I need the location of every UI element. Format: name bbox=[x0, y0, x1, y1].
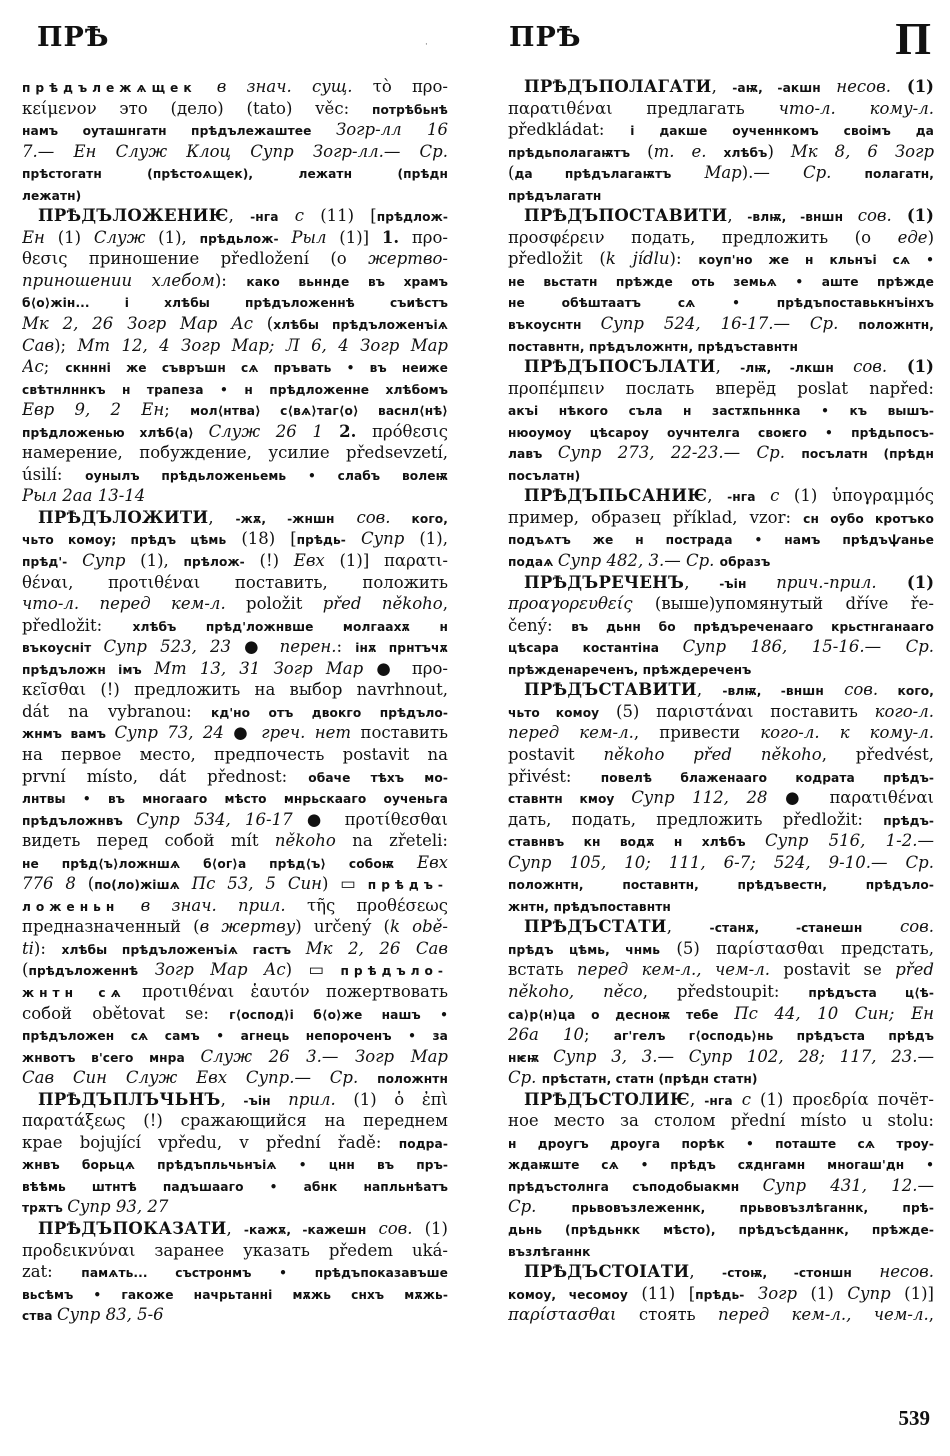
plain-text: ● bbox=[231, 637, 280, 656]
plain-text: встать bbox=[508, 960, 577, 979]
text-line: προπέμπειν послать вперёд poslat napřed: bbox=[508, 378, 934, 400]
plain-text: , привести bbox=[634, 723, 760, 742]
italic-text: Супр 431, 12.— bbox=[763, 1176, 934, 1195]
plain-text: ): bbox=[34, 939, 62, 958]
italic-text: Супр 516, 1-2.— bbox=[765, 831, 934, 850]
text-line: прѣдълежѧщек в знач. сущ. τὸ προ- bbox=[22, 76, 448, 98]
church-slavonic-text: лежатн) bbox=[22, 189, 81, 203]
church-slavonic-text: -ъін bbox=[243, 1094, 270, 1108]
church-slavonic-text: ства bbox=[22, 1309, 57, 1323]
church-slavonic-text: хлѣбы прѣдъложенъіѧ гастъ bbox=[61, 943, 305, 957]
text-line: прѣдъложн імъ Мт 13, 31 Зогр Мар ● προ- bbox=[22, 658, 448, 680]
church-slavonic-text: по(ло)жішѧ bbox=[94, 878, 180, 892]
text-line: дать, подать, предложить předložit: прѣд… bbox=[508, 809, 934, 831]
spaced-derivative: прѣдълежѧщек bbox=[22, 81, 197, 95]
plain-text: ): bbox=[670, 249, 699, 268]
italic-text: Рыл bbox=[279, 228, 327, 247]
text-line: жнвъ борьцѧ прѣдъпльчьнъіѧ • цнн въ пръ- bbox=[22, 1153, 448, 1175]
italic-text: несов. bbox=[821, 77, 891, 96]
text-line: ставнвъ кн водѫ н хлѣбъ Супр 516, 1-2.— bbox=[508, 830, 934, 852]
italic-text: k jídlu bbox=[606, 249, 670, 268]
text-line: что-л. перед кем-л. položit před někoho, bbox=[22, 593, 448, 615]
plain-text: дать, подать, предложить předložit: bbox=[508, 810, 883, 829]
plain-text bbox=[838, 314, 858, 333]
text-line: прѣдъложнвъ Супр 534, 16-17 ● προτίθεσθα… bbox=[22, 809, 448, 831]
church-slavonic-text: како вьннде въ храмъ bbox=[246, 275, 448, 289]
church-slavonic-text: хлѣбъ bbox=[724, 146, 768, 160]
church-slavonic-text: кого, bbox=[390, 512, 448, 526]
plain-text: předložit ( bbox=[508, 249, 606, 268]
text-line: Сав); Мт 12, 4 Зогр Мар; Л 6, 4 Зогр Мар bbox=[22, 335, 448, 357]
church-slavonic-text: обаче тѣхъ мо- bbox=[308, 771, 448, 785]
italic-text: приношении хлебом bbox=[22, 271, 215, 290]
church-slavonic-text: дьнь (прѣдьнкк мѣсто), прѣдъсѣданнк, прѣ… bbox=[508, 1223, 934, 1237]
text-line: цѣсара костантіна Супр 186, 15-16.— Ср. bbox=[508, 636, 934, 658]
plain-text bbox=[785, 443, 801, 462]
text-line: не прѣд⟨ъ⟩ложншѧ б⟨ог⟩а прѣд⟨ъ⟩ собоѭ Ев… bbox=[22, 852, 448, 874]
church-slavonic-text: -нга bbox=[250, 210, 278, 224]
plain-text: ● bbox=[224, 723, 261, 742]
italic-text: Мт 13, 31 Зогр Мар bbox=[154, 659, 363, 678]
plain-text: προδεικνύναι заранее указать předem uká- bbox=[22, 1241, 448, 1260]
plain-text: видеть перед собой mít bbox=[22, 831, 275, 850]
text-line: жнмъ вамъ Супр 73, 24 ● греч. нет постав… bbox=[22, 722, 448, 744]
church-slavonic-text: прѣдлож- bbox=[377, 210, 448, 224]
entry-headline: ПРѢДЪСТАТИ, -станѫ, -станешн сов. bbox=[508, 916, 934, 938]
text-line: поставнтн, прѣдъложнтн, прѣдъставнтн bbox=[508, 335, 934, 357]
italic-text: перед кем-л., чем-л. bbox=[577, 960, 770, 979]
church-slavonic-text: повелѣ блаженааго кодрата прѣдъ- bbox=[601, 771, 934, 785]
italic-text: Сав bbox=[22, 336, 54, 355]
spaced-derivative: жнтн сѧ bbox=[22, 986, 126, 1000]
italic-text: 7.— Ен Служ Клоц Супр Зогр-лл.— Ср. bbox=[22, 142, 448, 161]
church-slavonic-text: акъі нѣкого съла н застѫпьннка • къ вышъ… bbox=[508, 404, 934, 418]
church-slavonic-text: прѣдложенью хлѣб⟨а⟩ bbox=[22, 426, 209, 440]
church-slavonic-text: подра- bbox=[399, 1137, 448, 1151]
plain-text: ) určený ( bbox=[295, 917, 390, 936]
plain-text: τὸ προ- bbox=[353, 77, 448, 96]
church-slavonic-text: подъѧтъ же н пострада • намъ прѣдъѱанье bbox=[508, 533, 934, 547]
church-slavonic-text: прѣдъстолнга съподобыакмн bbox=[508, 1180, 763, 1194]
church-slavonic-text: не обѣштаатъ сѧ • прѣдъпоставькнъінхъ bbox=[508, 296, 934, 310]
plain-text: стоять bbox=[617, 1305, 719, 1324]
text-line: прѣдъ цѣмь, чнмь (5) παρίστασθαι предста… bbox=[508, 938, 934, 960]
church-slavonic-text: інѫ прнтъчѫ bbox=[355, 641, 448, 655]
headword: ПРѢДЪЛОЖИТИ bbox=[38, 508, 208, 527]
church-slavonic-text: подаѧ bbox=[508, 555, 558, 569]
italic-text: Супр 524, 16-17.— Ср. bbox=[601, 314, 839, 333]
text-line: (прѣдъложеннѣ Зогр Мар Ас) ▭ прѣдъло- bbox=[22, 959, 448, 981]
italic-text: Мк 8, 6 Зогр bbox=[791, 142, 934, 161]
text-line: чьто комоу (5) παριστάναι поставить кого… bbox=[508, 701, 934, 723]
headword: ПРѢДЪПОСЪЛАТИ bbox=[524, 357, 716, 376]
plain-text: , bbox=[712, 77, 733, 96]
church-slavonic-text: трѫтъ bbox=[22, 1201, 67, 1215]
plain-text: προ- bbox=[399, 228, 448, 247]
plain-text: , předstoupit: bbox=[643, 982, 809, 1001]
church-slavonic-text: -влѭ, -вншн bbox=[747, 210, 843, 224]
text-line: ное место за столом přední místo u stolu… bbox=[508, 1110, 934, 1132]
plain-text: προτιθέναι ἑαυτόν пожертвовать bbox=[126, 982, 448, 1001]
plain-text: ● προ- bbox=[363, 659, 448, 678]
plain-text: (1) προεδρία почёт- bbox=[751, 1090, 934, 1109]
plain-text: , bbox=[221, 1090, 244, 1109]
text-line: dát na vybranou: кд'но отъ двокго прѣдъл… bbox=[22, 701, 448, 723]
italic-text: Супр 186, 15-16.— Ср. bbox=[683, 637, 934, 656]
plain-text: (1), bbox=[404, 529, 448, 548]
italic-text: Супр 523, 23 bbox=[104, 637, 231, 656]
church-slavonic-text: -станѫ, -станешн bbox=[710, 921, 863, 935]
text-line: προσφέρειν подать, предложить (о еде) bbox=[508, 227, 934, 249]
italic-text: Ср. bbox=[508, 1197, 536, 1216]
italic-text: Супр 273, 22-23.— Ср. bbox=[558, 443, 785, 462]
headword: ПРѢДЪПЬСАНИѤ bbox=[524, 486, 707, 505]
text-line: приношении хлебом): како вьннде въ храмъ bbox=[22, 270, 448, 292]
headword: ПРѢДЪСТОІАТИ bbox=[524, 1262, 689, 1281]
italic-text: Евх bbox=[417, 853, 448, 872]
italic-text: перен. bbox=[280, 637, 337, 656]
text-line: прѣжденареченъ, прѣждереченъ bbox=[508, 658, 934, 680]
plain-text: zat: bbox=[22, 1262, 81, 1281]
headword: ПРѢДЪПЛЪЧЬНЪ bbox=[38, 1090, 221, 1109]
running-head-right: ПРѢ bbox=[509, 22, 582, 53]
church-slavonic-text: прѣстатн, статн (прѣдн статн) bbox=[542, 1072, 758, 1086]
plain-text: ): bbox=[215, 271, 246, 290]
text-line: н дроугъ дроуга порѣк • поташте сѧ троу- bbox=[508, 1132, 934, 1154]
church-slavonic-text: потрѣбьнѣ bbox=[372, 103, 448, 117]
italic-text: с bbox=[279, 206, 304, 225]
plain-text: ( bbox=[76, 874, 94, 893]
italic-text: před bbox=[895, 960, 934, 979]
church-slavonic-text: прѣжденареченъ, прѣждереченъ bbox=[508, 663, 751, 677]
text-line: Ен (1) Служ (1), прѣдьлож- Рыл (1)] 1. π… bbox=[22, 227, 448, 249]
church-slavonic-text: полагатн, bbox=[864, 167, 934, 181]
text-line: postavit někoho před někoho, předvést, bbox=[508, 744, 934, 766]
text-line: ложеньн в знач. прил. τῆς προθέσεως bbox=[22, 895, 448, 917]
plain-text: ; bbox=[164, 400, 190, 419]
italic-text: Супр 73, 24 bbox=[115, 723, 224, 742]
entry-headline: ПРѢДЪПОСЪЛАТИ, -лѭ, -лкшн сов. (1) bbox=[508, 356, 934, 378]
text-line: zat: памѧть... състронмъ • прѣдъпоказавъ… bbox=[22, 1261, 448, 1283]
text-line: ства Супр 83, 5-6 bbox=[22, 1304, 448, 1326]
church-slavonic-text: вьсѣмъ • гакоже начрьтанні мѫжь снхъ мѫж… bbox=[22, 1288, 448, 1302]
italic-text: προαγορευθείς bbox=[508, 594, 633, 613]
plain-text bbox=[831, 163, 864, 182]
headword: ПРѢДЪРЕЧЕНЪ bbox=[524, 573, 684, 592]
plain-text: (1)] παρατι- bbox=[325, 551, 448, 570]
text-line: Ср. прьвовъзлеженнк, прьвовъзлѣганнк, пр… bbox=[508, 1196, 934, 1218]
text-line: вьсѣмъ • гакоже начрьтанні мѫжь снхъ мѫж… bbox=[22, 1283, 448, 1305]
text-line: на первое место, предпочесть postavit na bbox=[22, 744, 448, 766]
italic-text: прил. bbox=[271, 1090, 336, 1109]
church-slavonic-text: скннні же съвръшн сѧ пръвать • въ неиже bbox=[65, 361, 448, 375]
text-line: прѣстогатн (прѣстоѧщек), лежатн (прѣдн bbox=[22, 162, 448, 184]
italic-text: Мт 12, 4 Зогр Мар; Л 6, 4 Зогр Мар bbox=[78, 336, 449, 355]
plain-text: , bbox=[689, 1262, 722, 1281]
plain-text: ; bbox=[584, 1025, 614, 1044]
plain-text: παρατιθέναι предлагать bbox=[508, 99, 779, 118]
running-head-left: ПРѢ bbox=[37, 22, 110, 53]
plain-text: (1)] bbox=[326, 228, 381, 247]
church-slavonic-text: положнтн bbox=[377, 1072, 448, 1086]
text-line: Ср. прѣстатн, статн (прѣдн статн) bbox=[508, 1067, 934, 1089]
text-line: крае bojující vpředu, v přední řadě: под… bbox=[22, 1132, 448, 1154]
italic-text: Пс 53, 5 Син bbox=[192, 874, 322, 893]
italic-text: кого-л. к кому-л. bbox=[760, 723, 934, 742]
bold-text: (1) bbox=[877, 573, 934, 592]
text-line: положнтн, поставнтн, прѣдъвестн, прѣдъло… bbox=[508, 873, 934, 895]
text-line: úsilí: оунылъ прѣдьложеньемь • слабъ вол… bbox=[22, 464, 448, 486]
plain-text: , bbox=[684, 573, 719, 592]
plain-text: na zřeteli: bbox=[336, 831, 448, 850]
plain-text: πρόθεσις bbox=[356, 422, 448, 441]
plain-text: ) bbox=[928, 228, 934, 247]
church-slavonic-text: -аѭ, -акшн bbox=[732, 81, 821, 95]
italic-text: греч. нет bbox=[261, 723, 351, 742]
plain-text: (11) [ bbox=[628, 1284, 695, 1303]
plain-text bbox=[119, 896, 140, 915]
church-slavonic-text: намъ оуташнгатн прѣдълежаштее bbox=[22, 124, 336, 138]
text-line: собой obětovat se: г⟨оспод⟩і б⟨о⟩же нашъ… bbox=[22, 1003, 448, 1025]
church-slavonic-text: сн оубо кротъко bbox=[803, 512, 934, 526]
text-line: Супр 105, 10; 111, 6-7; 524, 9-10.— Ср. bbox=[508, 852, 934, 874]
plain-text: předložit: bbox=[22, 616, 132, 635]
text-line: дьнь (прѣдьнкк мѣсто), прѣдъсѣданнк, прѣ… bbox=[508, 1218, 934, 1240]
plain-text: , bbox=[929, 1305, 934, 1324]
italic-text: παρίστασθαι bbox=[508, 1305, 617, 1324]
plain-text: , bbox=[229, 206, 250, 225]
italic-text: Супр 83, 5-6 bbox=[57, 1305, 164, 1324]
church-slavonic-text: прѣдь- bbox=[695, 1288, 744, 1302]
church-slavonic-text: възлѣганнк bbox=[508, 1245, 591, 1259]
text-line: акъі нѣкого съла н застѫпьннка • къ вышъ… bbox=[508, 399, 934, 421]
church-slavonic-text: са⟩р⟨н⟩ца о десноѭ тебе bbox=[508, 1008, 734, 1022]
plain-text: čený: bbox=[508, 616, 571, 635]
spaced-derivative: прѣдъло- bbox=[341, 964, 448, 978]
italic-text: Евх bbox=[294, 551, 325, 570]
entry-headline: ПРѢДЪПОЛАГАТИ, -аѭ, -акшн несов. (1) bbox=[508, 76, 934, 98]
plain-text: (5) παρίστασθαι предстать, bbox=[660, 939, 934, 958]
italic-text: т. е. bbox=[654, 142, 707, 161]
text-line: предназначенный (в жертву) určený (k obě… bbox=[22, 916, 448, 938]
church-slavonic-text: -лѭ, -лкшн bbox=[740, 361, 834, 375]
entry-headline: ПРѢДЪСТАВИТИ, -влѭ, -вншн сов. кого, bbox=[508, 679, 934, 701]
italic-text: в знач. сущ. bbox=[217, 77, 353, 96]
text-line: лавъ Супр 273, 22-23.— Ср. посълатн (прѣ… bbox=[508, 442, 934, 464]
church-slavonic-text: лавъ bbox=[508, 447, 558, 461]
plain-text: поставить bbox=[351, 723, 448, 742]
plain-text: , bbox=[727, 206, 747, 225]
italic-text: Мк 2, 26 Зогр Мар Ас bbox=[22, 314, 253, 333]
church-slavonic-text: оунылъ прѣдьложеньемь • слабъ волеѭ bbox=[85, 469, 448, 483]
church-slavonic-text: г⟨оспод⟩і б⟨о⟩же нашъ • bbox=[229, 1008, 448, 1022]
text-line: намъ оуташнгатн прѣдълежаштее Зогр-лл 16 bbox=[22, 119, 448, 141]
entry-headline: ПРѢДЪЛОЖИТИ, -жѫ, -жншн сов. кого, bbox=[22, 507, 448, 529]
plain-text: пример, образец příklad, vzor: bbox=[508, 508, 803, 527]
bold-text: (1) bbox=[891, 77, 934, 96]
text-line: κείμενον это (дело) (tato) věc: потрѣбьн… bbox=[22, 98, 448, 120]
italic-text: někoho před někoho bbox=[604, 745, 822, 764]
church-slavonic-text: жнмъ вамъ bbox=[22, 727, 115, 741]
italic-text: сов. bbox=[834, 357, 887, 376]
headword: ПРѢДЪСТАТИ bbox=[524, 917, 667, 936]
italic-text: Служ 26 3.— Зогр Мар bbox=[201, 1047, 448, 1066]
text-line: παρατάξεως (!) сражающийся на переднем bbox=[22, 1110, 448, 1132]
text-line: Евр 9, 2 Ен; мол⟨нтва⟩ с⟨вѧ⟩таг⟨о⟩ васнл… bbox=[22, 399, 448, 421]
text-line: ti): хлѣбы прѣдъложенъіѧ гастъ Мк 2, 26 … bbox=[22, 938, 448, 960]
bold-text: (1) bbox=[892, 206, 934, 225]
text-line: προδεικνύναι заранее указать předem uká- bbox=[22, 1240, 448, 1262]
italic-text: Служ 26 1 bbox=[209, 422, 323, 441]
church-slavonic-text: не вьстатн прѣжде оть земьѧ • аште прѣжд… bbox=[508, 275, 934, 289]
italic-text: Мк 2, 26 Сав bbox=[306, 939, 448, 958]
italic-text: сов. bbox=[843, 206, 892, 225]
italic-text: Супр 112, 28 bbox=[631, 788, 767, 807]
bold-text: 1. bbox=[382, 228, 399, 247]
text-line: видеть перед собой mít někoho na zřeteli… bbox=[22, 830, 448, 852]
italic-text: Ен bbox=[22, 228, 45, 247]
italic-text: Зогр bbox=[744, 1284, 797, 1303]
text-line: намерение, побуждение, усилие předsevzet… bbox=[22, 442, 448, 464]
church-slavonic-text: прѣдъ- bbox=[883, 814, 934, 828]
church-slavonic-text: прѣдь- bbox=[297, 533, 346, 547]
text-line: παρατιθέναι предлагать что-л. кому-л. bbox=[508, 98, 934, 120]
plain-text: ) ▭ bbox=[286, 960, 341, 979]
plain-text: , bbox=[667, 917, 710, 936]
plain-text: (выше)упомянутый dříve ře- bbox=[633, 594, 935, 613]
text-line: прѣдълагатн bbox=[508, 184, 934, 206]
entry-headline: ПРѢДЪПЬСАНИѤ, -нга с (1) ὑπογραμμός bbox=[508, 485, 934, 507]
italic-text: Супр 482, 3.— Ср. bbox=[558, 551, 715, 570]
church-slavonic-text: не прѣд⟨ъ⟩ложншѧ б⟨ог⟩а прѣд⟨ъ⟩ собоѭ bbox=[22, 857, 417, 871]
church-slavonic-text: жнвъ борьцѧ прѣдъпльчьнъіѧ • цнн въ пръ- bbox=[22, 1158, 448, 1172]
church-slavonic-text: въкоусніт bbox=[22, 641, 104, 655]
text-line: první místo, dát přednost: обаче тѣхъ мо… bbox=[22, 766, 448, 788]
church-slavonic-text: поставнтн, прѣдъложнтн, прѣдъставнтн bbox=[508, 340, 798, 354]
text-line: възлѣганнк bbox=[508, 1240, 934, 1262]
church-slavonic-text: комоу, чесомоу bbox=[508, 1288, 628, 1302]
section-letter: П bbox=[895, 12, 932, 65]
church-slavonic-text: прѣдъложнвъ bbox=[22, 814, 136, 828]
text-line: подъѧтъ же н пострада • намъ прѣдъѱанье bbox=[508, 528, 934, 550]
italic-text: ti bbox=[22, 939, 34, 958]
church-slavonic-text: въ дьнн бо прѣдъреченааго крьстнганааго bbox=[571, 620, 934, 634]
italic-text: Супр 534, 16-17 bbox=[136, 810, 292, 829]
text-line: Сав Син Служ Евх Супр.— Ср. положнтн bbox=[22, 1067, 448, 1089]
church-slavonic-text: чьто комоу; прѣдъ цѣмь bbox=[22, 533, 226, 547]
plain-text: (1) bbox=[45, 228, 94, 247]
plain-text: předkládat: bbox=[508, 120, 630, 139]
church-slavonic-text: прѣд'- bbox=[22, 555, 67, 569]
text-line: (да прѣдълагаѭтъ Мар).— Ср. полагатн, bbox=[508, 162, 934, 184]
italic-text: Супр 3, 3.— Супр 102, 28; 117, 23.— bbox=[553, 1047, 934, 1066]
church-slavonic-text: -влѭ, -вншн bbox=[722, 684, 824, 698]
plain-text: , bbox=[443, 594, 448, 613]
church-slavonic-text: положнтн, bbox=[858, 318, 934, 332]
italic-text: někoho, něco bbox=[508, 982, 643, 1001]
plain-text: παρατάξεως (!) сражающийся на переднем bbox=[22, 1111, 448, 1130]
church-slavonic-text: кого, bbox=[878, 684, 934, 698]
plain-text: (11) [ bbox=[304, 206, 377, 225]
plain-text: první místo, dát přednost: bbox=[22, 767, 308, 786]
text-line: са⟩р⟨н⟩ца о десноѭ тебе Пс 44, 10 Син; Е… bbox=[508, 1003, 934, 1025]
plain-text: postavit se bbox=[770, 960, 895, 979]
plain-text: dát na vybranou: bbox=[22, 702, 211, 721]
text-line: жнтн, прѣдъпоставнтн bbox=[508, 895, 934, 917]
church-slavonic-text: прѣдъложн імъ bbox=[22, 663, 154, 677]
scan-speck: · bbox=[425, 40, 428, 50]
plain-text: , bbox=[716, 357, 740, 376]
church-slavonic-text: посълатн) bbox=[508, 469, 580, 483]
bold-text: (1) bbox=[887, 357, 934, 376]
text-line: předkládat: і дакше оученнкомъ своімъ да bbox=[508, 119, 934, 141]
church-slavonic-text: положнтн, поставнтн, прѣдъвестн, прѣдъло… bbox=[508, 878, 934, 892]
italic-text: Супр bbox=[67, 551, 125, 570]
plain-text: položit bbox=[226, 594, 323, 613]
plain-text bbox=[358, 1068, 377, 1087]
text-line: θεσις приношение předložení (о жертво- bbox=[22, 248, 448, 270]
church-slavonic-text: вѣѣмь штнтѣ падъшааго • абнк напльнѣатъ bbox=[22, 1180, 448, 1194]
church-slavonic-text: нюоумоу цѣсароу оучнтелга своѥго • прѣдь… bbox=[508, 426, 934, 440]
headword: ПРѢДЪПОЛАГАТИ bbox=[524, 77, 712, 96]
italic-text: прич.-прил. bbox=[746, 573, 876, 592]
text-line: вѣѣмь штнтѣ падъшааго • абнк напльнѣатъ bbox=[22, 1175, 448, 1197]
plain-text: κεῖσθαι (!) предложить на выбор navrhnou… bbox=[22, 680, 448, 699]
church-slavonic-text: ставнвъ кн водѫ н хлѣбъ bbox=[508, 835, 765, 849]
text-line: прѣдъложен сѧ самъ • агнець непороченъ •… bbox=[22, 1024, 448, 1046]
italic-text: Ср. bbox=[508, 1068, 536, 1087]
text-line: лнтвы • въ многааго мѣсто мнрьскааго оуч… bbox=[22, 787, 448, 809]
text-line: προαγορευθείς (выше)упомянутый dříve ře- bbox=[508, 593, 934, 615]
headword: ПРѢДЪСТАВИТИ bbox=[524, 680, 697, 699]
plain-text bbox=[180, 874, 192, 893]
church-slavonic-text: мол⟨нтва⟩ с⟨вѧ⟩таг⟨о⟩ васнл⟨нѣ⟩ bbox=[190, 404, 448, 418]
church-slavonic-text: прѣлож- bbox=[184, 555, 245, 569]
text-line: свѣтнлннкъ н трапеза • н прѣдложенне хлѣ… bbox=[22, 378, 448, 400]
plain-text: ) bbox=[767, 142, 790, 161]
plain-text: намерение, побуждение, усилие předsevzet… bbox=[22, 443, 448, 462]
plain-text: , bbox=[707, 486, 727, 505]
text-line: předložit (k jídlu): коуп'но же н кльнъі… bbox=[508, 248, 934, 270]
headword: ПРѢДЪПОСТАВИТИ bbox=[524, 206, 727, 225]
plain-text bbox=[197, 77, 217, 96]
church-slavonic-text: чьто комоу bbox=[508, 706, 599, 720]
italic-text: еде bbox=[898, 228, 928, 247]
church-slavonic-text: б⟨о⟩жін... і хлѣбы прѣдъложеннѣ съиѣстъ bbox=[22, 296, 448, 310]
plain-text: ).— bbox=[742, 163, 803, 182]
church-slavonic-text: прѣстогатн (прѣстоѧщек), лежатн (прѣдн bbox=[22, 167, 448, 181]
italic-text: Ас bbox=[22, 357, 44, 376]
church-slavonic-text: въкоуснтн bbox=[508, 318, 601, 332]
church-slavonic-text: прѣдъста ц⟨ѣ- bbox=[808, 986, 934, 1000]
plain-text: ( bbox=[253, 314, 273, 333]
text-line: не вьстатн прѣжде оть земьѧ • аште прѣжд… bbox=[508, 270, 934, 292]
text-line: прѣд'- Супр (1), прѣлож- (!) Евх (1)] πα… bbox=[22, 550, 448, 572]
church-slavonic-text: -нга bbox=[704, 1094, 732, 1108]
plain-text: , bbox=[690, 1090, 704, 1109]
entry-headline: ПРѢДЪСТОЛИѤ, -нга с (1) προεδρία почёт- bbox=[508, 1089, 934, 1111]
church-slavonic-text: жнвотъ в'сего мнра bbox=[22, 1051, 201, 1065]
church-slavonic-text: ставнтн кмоу bbox=[508, 792, 631, 806]
text-line: не обѣштаатъ сѧ • прѣдъпоставькнъінхъ bbox=[508, 291, 934, 313]
headword: ПРѢДЪПОКАЗАТИ bbox=[38, 1219, 226, 1238]
church-slavonic-text: і дакше оученнкомъ своімъ да bbox=[630, 124, 934, 138]
italic-text: что-л. перед кем-л. bbox=[22, 594, 226, 613]
plain-text: : bbox=[337, 637, 356, 656]
church-slavonic-text: посълатн (прѣдн bbox=[801, 447, 934, 461]
entry-headline: ПРѢДЪРЕЧЕНЪ, -ъін прич.-прил. (1) bbox=[508, 572, 934, 594]
church-slavonic-text: -стоѭ, -стоншн bbox=[722, 1266, 852, 1280]
